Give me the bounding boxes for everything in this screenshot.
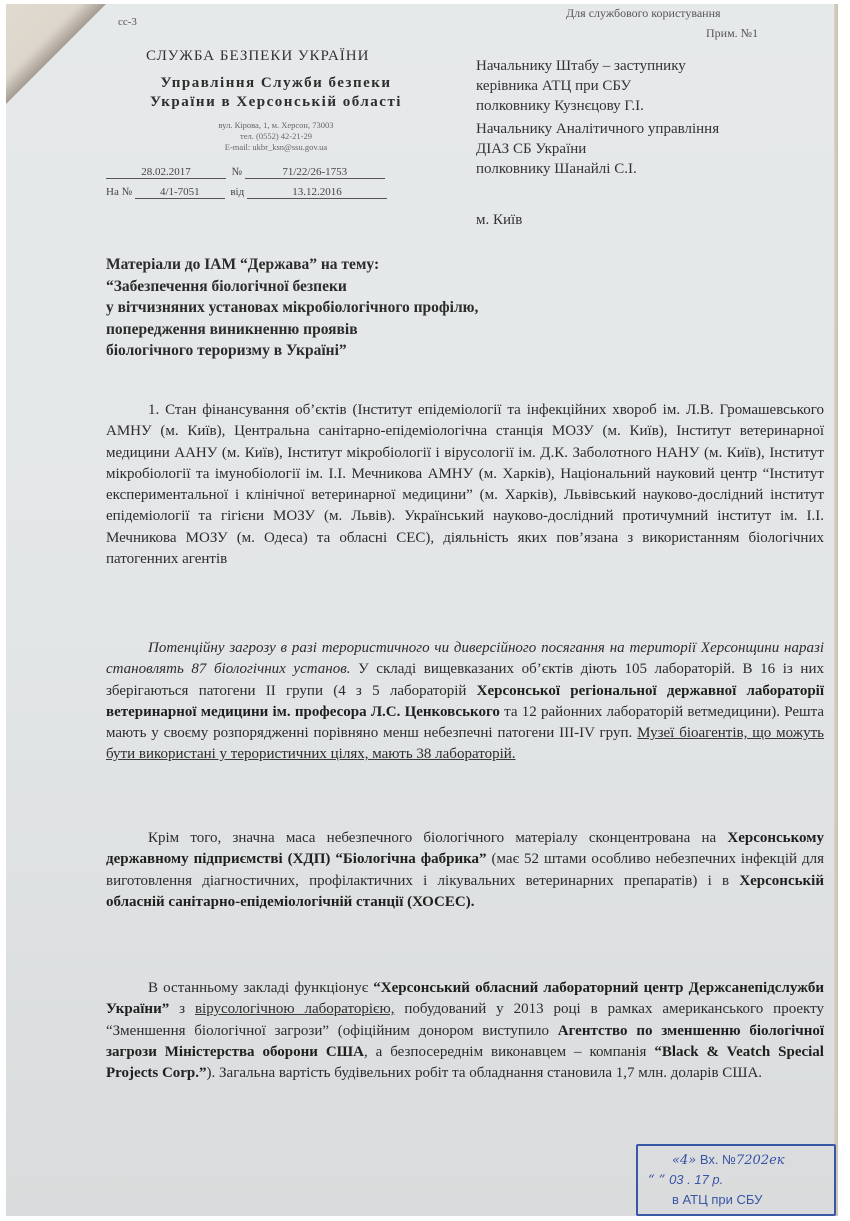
- text-run: Крім того, значна маса небезпечного біол…: [148, 830, 727, 846]
- number-label: №: [232, 166, 243, 178]
- addressee-line: полковнику Шанайлі С.І.: [476, 159, 719, 179]
- text-run: , а безпосереднім виконавцем – компанія: [364, 1044, 654, 1060]
- subject-line: біологічного тероризму в Україні”: [106, 340, 478, 362]
- addressee-line: ДІАЗ СБ України: [476, 139, 719, 159]
- stamp-incoming-label: Вх. №: [700, 1152, 736, 1167]
- paragraph-4: В останньому закладі функціонує “Херсонс…: [106, 978, 824, 1084]
- paragraph-3: Крім того, значна маса небезпечного біол…: [106, 828, 824, 913]
- addressee-line: керівника АТЦ при СБУ: [476, 76, 686, 96]
- reply-to-date: 13.12.2016: [247, 186, 387, 199]
- classification-mark: Для службового користування: [566, 6, 721, 21]
- addressee-line: Начальнику Штабу – заступнику: [476, 56, 686, 76]
- subject-line: Матеріали до ІАМ “Держава” на тему:: [106, 254, 478, 276]
- stamp-line-3: в АТЦ при СБУ: [672, 1192, 762, 1207]
- stamp-handwritten-mark: “ ”: [648, 1173, 665, 1188]
- stamp-date: 03 . 17 р.: [669, 1172, 723, 1187]
- org-title: СЛУЖБА БЕЗПЕКИ УКРАЇНИ: [146, 48, 369, 65]
- text-run: з: [169, 1001, 195, 1017]
- org-address: вул. Кірова, 1, м. Херсон, 73003 тел. (0…: [126, 120, 426, 153]
- stamp-handwritten-day: «4»: [672, 1153, 696, 1168]
- city: м. Київ: [476, 212, 522, 229]
- copy-number: Прим. №1: [706, 26, 758, 41]
- address-line: вул. Кірова, 1, м. Херсон, 73003: [126, 120, 426, 131]
- reply-ref: На № 4/1-7051 від 13.12.2016: [106, 186, 387, 199]
- text-run: ). Загальна вартість будівельних робіт т…: [207, 1065, 763, 1081]
- org-department: Управління Служби безпеки України в Херс…: [126, 74, 426, 112]
- phone-line: тел. (0552) 42-21-29: [126, 131, 426, 142]
- paragraph-text: 1. Стан фінансування об’єктів (Інститут …: [106, 400, 824, 570]
- incoming-registration-stamp: «4» Вх. №7202ек “ ” 03 . 17 р. в АТЦ при…: [636, 1144, 836, 1216]
- addressee-1: Начальнику Штабу – заступнику керівника …: [476, 56, 686, 116]
- outgoing-number: 71/22/26-1753: [245, 166, 385, 179]
- addressee-2: Начальнику Аналітичного управління ДІАЗ …: [476, 119, 719, 179]
- paragraph-1: 1. Стан фінансування об’єктів (Інститут …: [106, 400, 824, 570]
- reply-to-number: 4/1-7051: [135, 186, 225, 199]
- subject-line: попередження виникненню проявів: [106, 319, 478, 341]
- org-dept-line2: України в Херсонській області: [126, 93, 426, 112]
- outgoing-date: 28.02.2017: [106, 166, 226, 179]
- subject-line: у вітчизняних установах мікробіологічног…: [106, 297, 478, 319]
- reply-to-label: На №: [106, 186, 132, 198]
- text-run: В останньому закладі функціонує: [148, 980, 373, 996]
- addressee-line: Начальнику Аналітичного управління: [476, 119, 719, 139]
- subject-line: “Забезпечення біологічної безпеки: [106, 276, 478, 298]
- addressee-line: полковнику Кузнєцову Г.І.: [476, 96, 686, 116]
- corner-mark: сс-3: [118, 16, 137, 28]
- page-edge: [834, 4, 838, 1216]
- stamp-line-2: “ ” 03 . 17 р.: [648, 1172, 723, 1188]
- email-line: E-mail: ukbr_ksn@ssu.gov.ua: [126, 142, 426, 153]
- reply-date-label: від: [230, 186, 244, 198]
- stamp-line-1: «4» Вх. №7202ек: [672, 1152, 785, 1168]
- outgoing-ref: 28.02.2017 № 71/22/26-1753: [106, 166, 385, 179]
- document-subject: Матеріали до ІАМ “Держава” на тему: “Заб…: [106, 254, 478, 362]
- paragraph-2: Потенційну загрозу в разі терористичного…: [106, 638, 824, 766]
- underlined-virology-lab: вірусологічною лабораторією,: [195, 1001, 394, 1017]
- stamp-handwritten-number: 7202ек: [736, 1153, 785, 1168]
- org-dept-line1: Управління Служби безпеки: [126, 74, 426, 93]
- document-page: сс-3 СЛУЖБА БЕЗПЕКИ УКРАЇНИ Управління С…: [6, 4, 838, 1216]
